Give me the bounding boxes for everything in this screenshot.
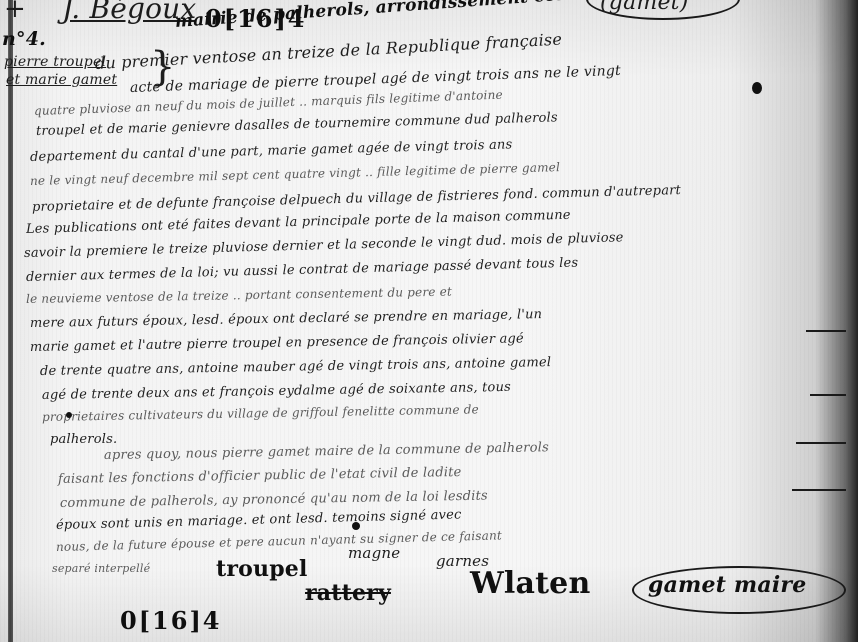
body-line-13: mere aux futurs époux, lesd. époux ont d… [30, 307, 542, 331]
body-line-19: apres quoy, nous pierre gamet maire de l… [104, 440, 549, 463]
body-line-12: le neuvieme ventose de la treize .. port… [26, 285, 452, 306]
line-fill-rule [806, 330, 846, 332]
body-line-11: dernier aux termes de la loi; vu aussi l… [26, 256, 579, 285]
reference-number-bottom: 0[16]4 [120, 606, 222, 635]
line-fill-rule [796, 442, 846, 444]
entry-number: n°4. [2, 28, 46, 50]
body-line-7: ne le vingt neuf decembre mil sept cent … [30, 160, 560, 188]
signature-troupel: troupel [216, 556, 308, 582]
body-line-16: agé de trente deux ans et françois eydal… [42, 380, 511, 403]
body-line-6: departement du cantal d'une part, marie … [30, 137, 513, 165]
signature-magne: magne [348, 544, 400, 562]
body-line-24: separé interpellé [52, 562, 150, 575]
body-line-17: proprietaires cultivateurs du village de… [42, 402, 479, 424]
body-line-14: marie gamet et l'autre pierre troupel en… [30, 331, 524, 355]
body-line-20: faisant les fonctions d'officier public … [58, 465, 462, 487]
cross-mark: + [4, 0, 26, 24]
body-line-15: de trente quatre ans, antoine mauber agé… [40, 355, 551, 379]
signature-gamet-maire: gamet maire [648, 572, 806, 598]
line-fill-rule [792, 489, 846, 491]
body-line-22: époux sont unis en mariage. et ont lesd.… [56, 507, 462, 533]
body-line-18: palherols. [50, 432, 117, 447]
margin-note-line-1: pierre troupel [4, 54, 106, 70]
body-line-3: acte de mariage de pierre troupel agé de… [130, 63, 621, 96]
register-page: + J. Bégoux 0[16]4 (gamet) n°4. pierre t… [0, 0, 858, 642]
top-right-signature: (gamet) [600, 0, 689, 15]
margin-note-line-2: et marie gamet [6, 72, 117, 88]
body-line-23: nous, de la future épouse et pere aucun … [56, 528, 502, 554]
signature-wlaten: Wlaten [470, 566, 590, 601]
line-fill-rule [810, 394, 846, 396]
ink-blot [752, 82, 762, 94]
ink-blot [66, 412, 72, 418]
binding-edge [8, 0, 13, 642]
signature-rattery: rattery [305, 580, 391, 606]
ink-blot [352, 522, 360, 530]
body-line-8: proprietaire et de defunte françoise del… [32, 183, 681, 215]
